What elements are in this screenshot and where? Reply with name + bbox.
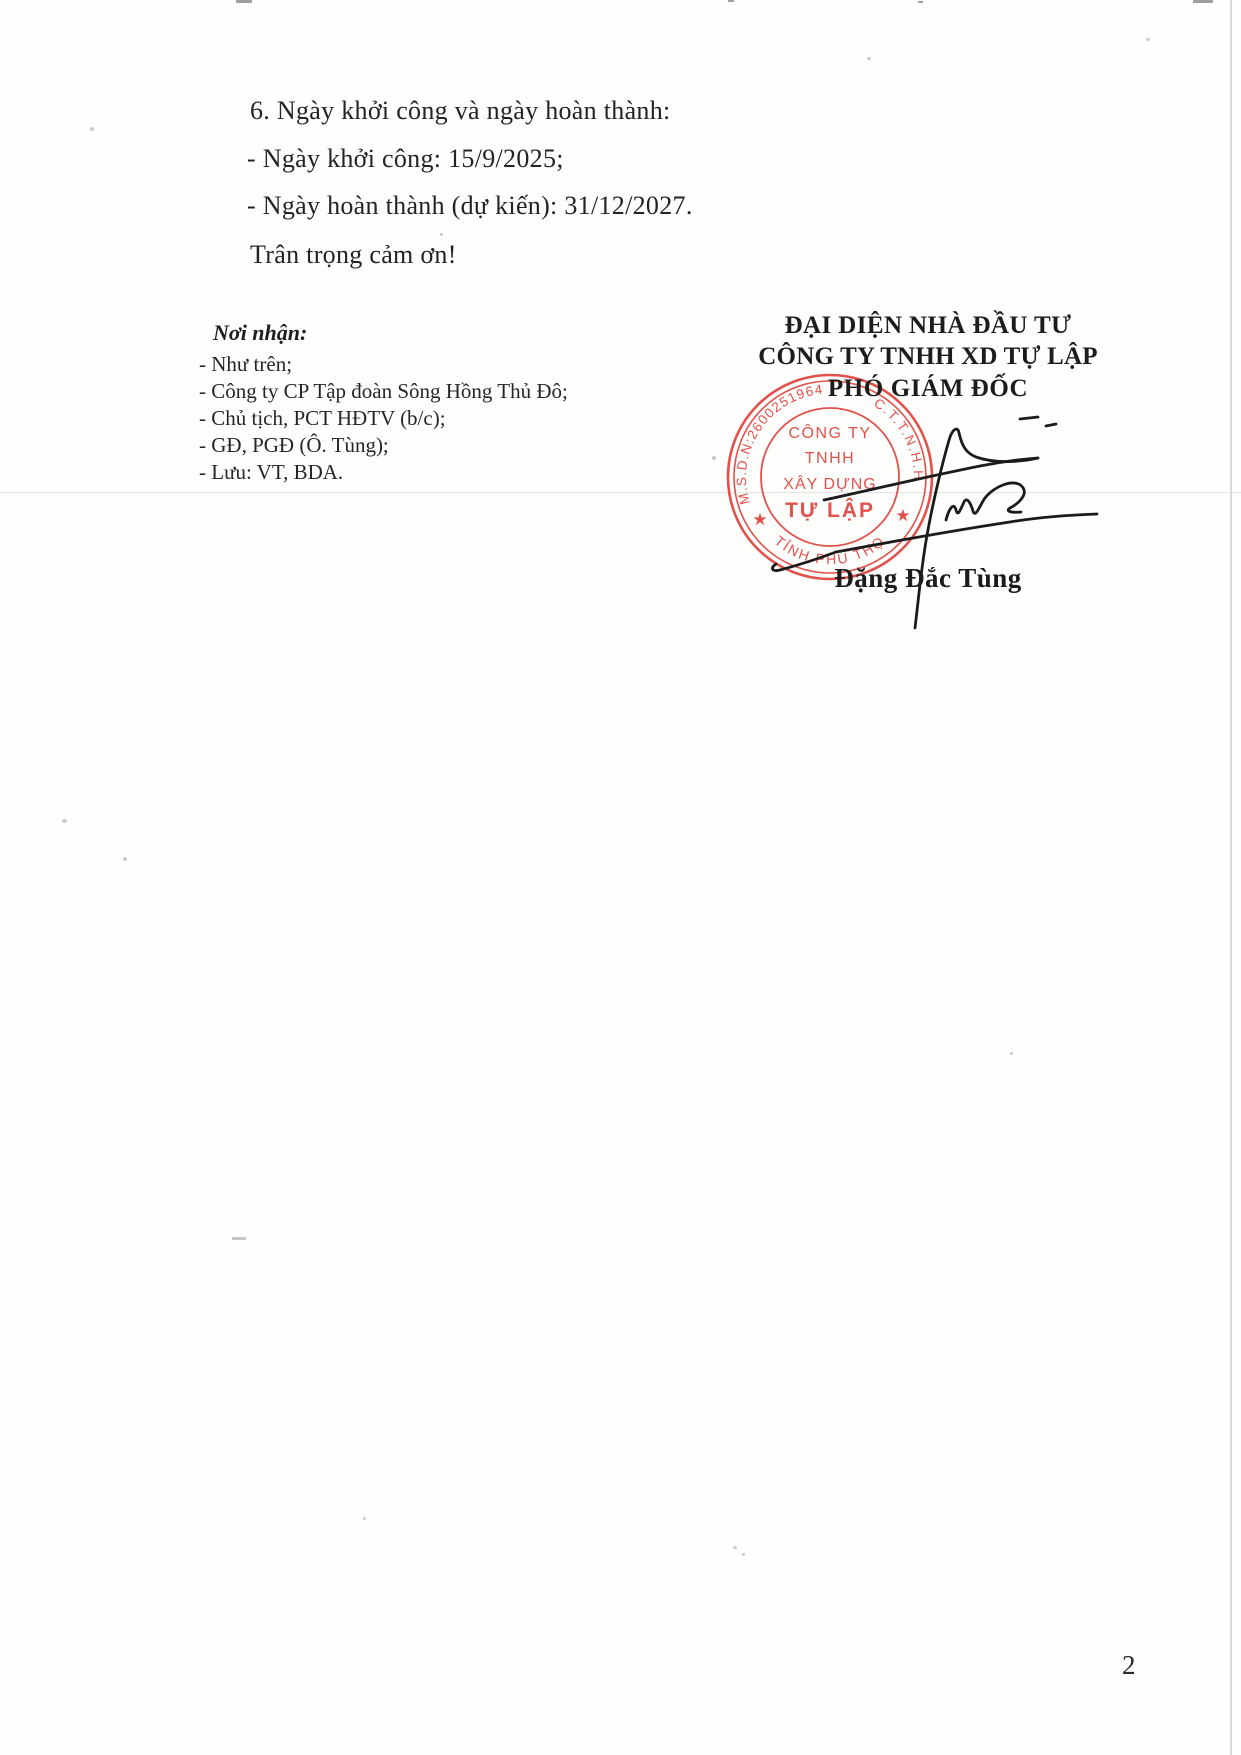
signer-name: Đặng Đắc Tùng (728, 563, 1128, 594)
handwritten-signature (700, 380, 1180, 650)
scan-speck (363, 1517, 366, 1520)
scan-speck (440, 233, 443, 236)
scan-speck (1146, 38, 1150, 41)
recipient-item: - Chủ tịch, PCT HĐTV (b/c); (199, 405, 446, 432)
scan-line-right-edge (1230, 0, 1232, 1755)
scan-speck (733, 1546, 737, 1549)
body-line-start-finish-heading: 6. Ngày khởi công và ngày hoàn thành: (250, 96, 671, 126)
scan-speck (867, 57, 871, 60)
body-line-start-date: - Ngày khởi công: 15/9/2025; (247, 144, 564, 174)
document-page: 6. Ngày khởi công và ngày hoàn thành: - … (0, 0, 1241, 1755)
recipient-item: - Như trên; (199, 351, 292, 378)
scan-dash (1193, 0, 1213, 3)
body-line-finish-date: - Ngày hoàn thành (dự kiến): 31/12/2027. (247, 191, 693, 221)
scan-speck (742, 1553, 745, 1556)
recipient-item: - Công ty CP Tập đoàn Sông Hồng Thủ Đô; (199, 378, 568, 405)
scan-speck (62, 819, 67, 823)
scan-dash (918, 1, 923, 3)
recipients-heading: Nơi nhận: (213, 320, 307, 346)
recipient-item: - Lưu: VT, BDA. (199, 459, 343, 486)
scan-speck (123, 857, 127, 861)
company-name-line: CÔNG TY TNHH XD TỰ LẬP (728, 343, 1128, 371)
body-line-thanks: Trân trọng cảm ơn! (250, 240, 457, 270)
scan-speck (90, 127, 94, 131)
recipient-item: - GĐ, PGĐ (Ô. Tùng); (199, 432, 389, 459)
scan-speck (1010, 1052, 1013, 1055)
investor-representative-line: ĐẠI DIỆN NHÀ ĐẦU TƯ (728, 312, 1128, 340)
scan-smudge (232, 1237, 246, 1240)
scan-dash (728, 0, 734, 2)
page-number: 2 (1122, 1650, 1136, 1681)
scan-dash (236, 0, 252, 3)
